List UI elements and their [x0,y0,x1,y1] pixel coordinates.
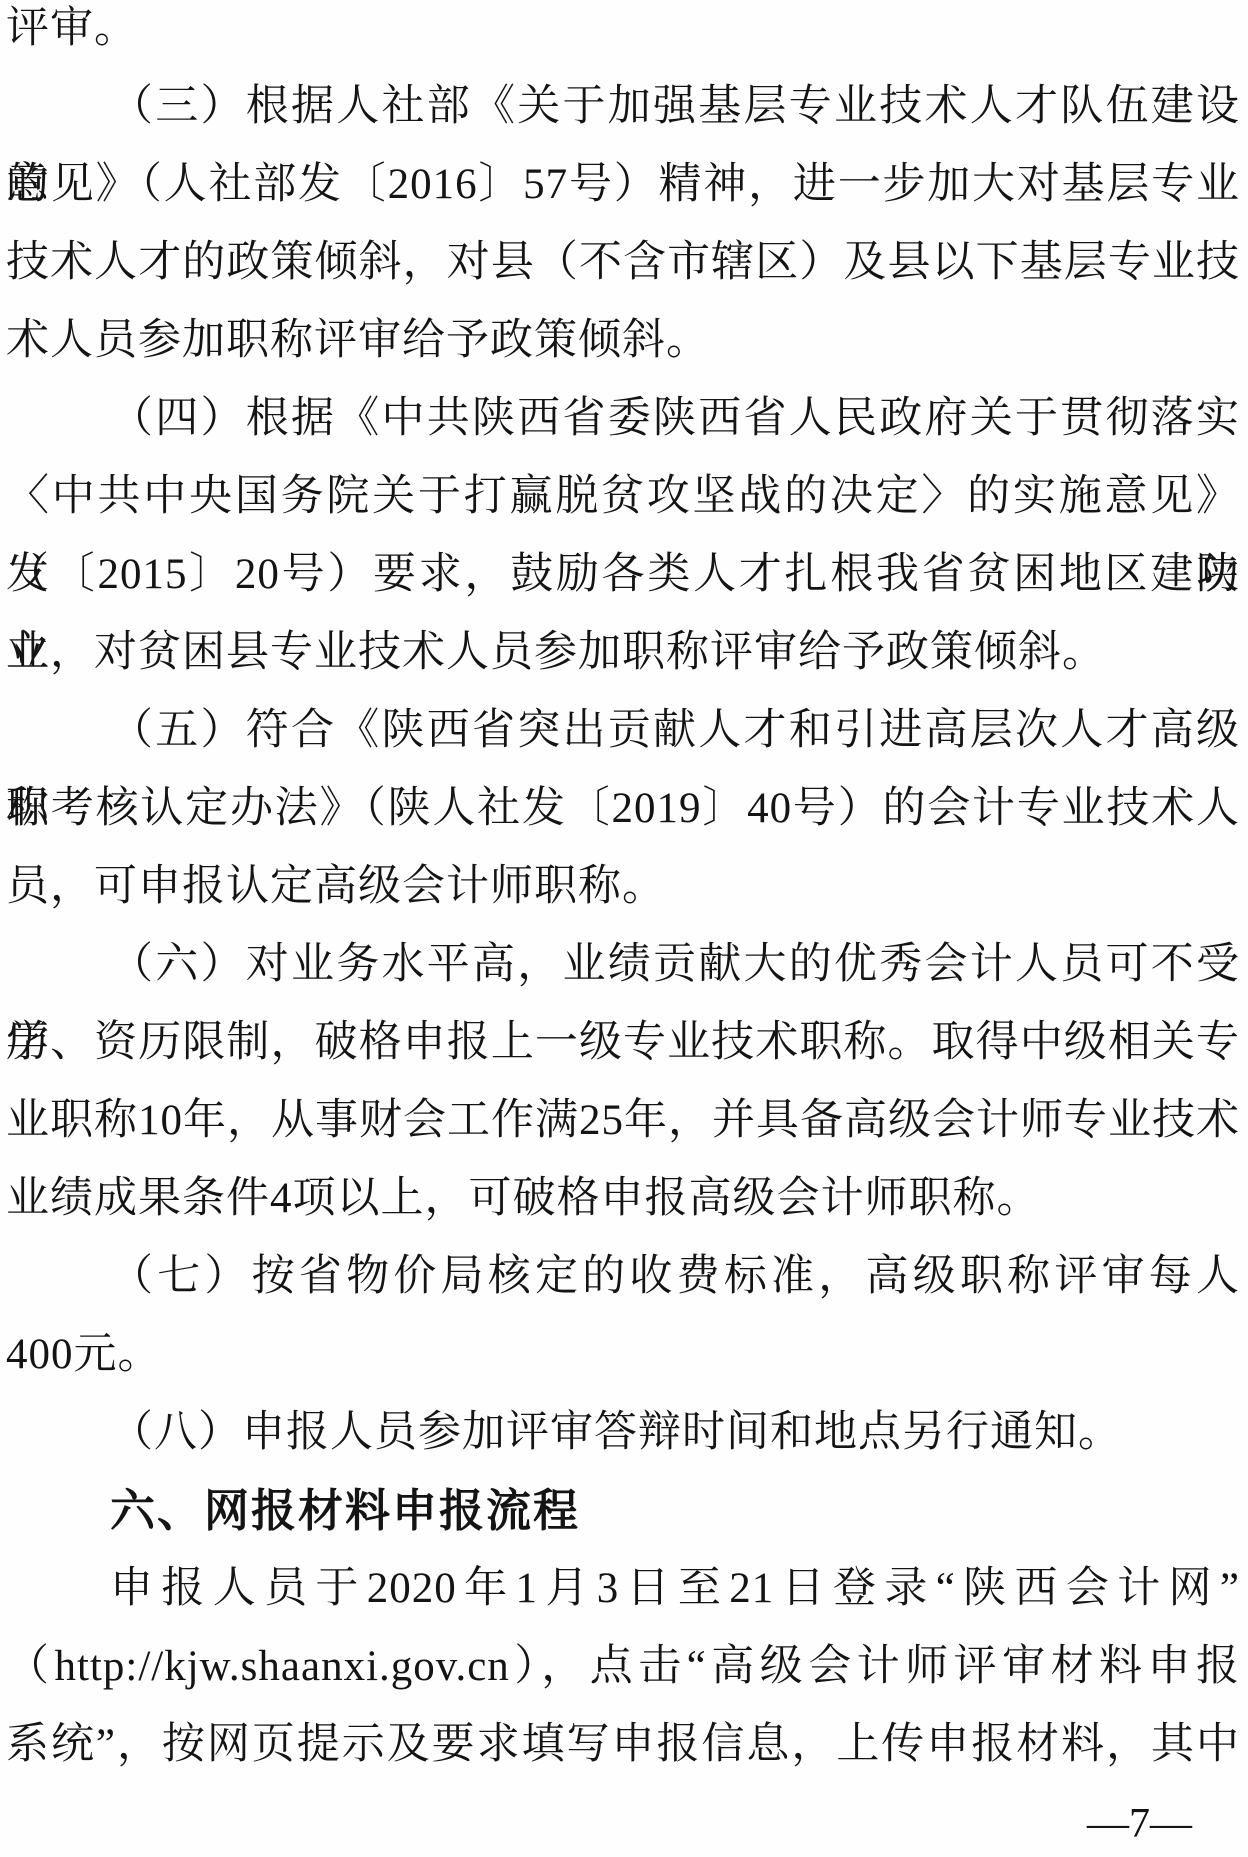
paragraph-line: （五）符合《陕西省突出贡献人才和引进高层次人才高级职 [6,692,1240,770]
paragraph-line: （三）根据人社部《关于加强基层专业技术人才队伍建设的 [6,68,1240,146]
paragraph-line: 称考核认定办法》（陕人社发〔2019〕40号）的会计专业技术人 [6,770,1240,848]
paragraph-line: （八）申报人员参加评审答辩时间和地点另行通知。 [6,1394,1240,1472]
document-page: 评审。 （三）根据人社部《关于加强基层专业技术人才队伍建设的 意见》（人社部发〔… [0,0,1248,1857]
paragraph-line: 技术人才的政策倾斜，对县（不含市辖区）及县以下基层专业技 [6,224,1240,302]
paragraph-line: 申报人员于2020年1月3日至21日登录“陕西会计网” [6,1550,1240,1628]
paragraph-line: 业，对贫困县专业技术人员参加职称评审给予政策倾斜。 [6,614,1240,692]
paragraph-line: 400元。 [6,1316,1240,1394]
paragraph-line: （http://kjw.shaanxi.gov.cn），点击“高级会计师评审材料… [6,1628,1240,1706]
paragraph-line: 术人员参加职称评审给予政策倾斜。 [6,302,1240,380]
paragraph-line: （六）对业务水平高，业绩贡献大的优秀会计人员可不受学 [6,926,1240,1004]
paragraph-line: 系统”，按网页提示及要求填写申报信息，上传申报材料，其中 [6,1706,1240,1784]
paragraph-line: 业绩成果条件4项以上，可破格申报高级会计师职称。 [6,1160,1240,1238]
paragraph-line: 发〔2015〕20号）要求，鼓励各类人才扎根我省贫困地区建功立 [6,536,1240,614]
paragraph-line: 历、资历限制，破格申报上一级专业技术职称。取得中级相关专 [6,1004,1240,1082]
paragraph-line: 业职称10年，从事财会工作满25年，并具备高级会计师专业技术 [6,1082,1240,1160]
paragraph-line: 评审。 [6,0,1240,68]
paragraph-line: 〈中共中央国务院关于打赢脱贫攻坚战的决定〉的实施意见》（陕 [6,458,1240,536]
document-body: 评审。 （三）根据人社部《关于加强基层专业技术人才队伍建设的 意见》（人社部发〔… [6,0,1240,1784]
page-number: —7— [1087,1800,1192,1848]
paragraph-line: 意见》（人社部发〔2016〕57号）精神，进一步加大对基层专业 [6,146,1240,224]
section-heading: 六、网报材料申报流程 [6,1472,1240,1550]
paragraph-line: （四）根据《中共陕西省委陕西省人民政府关于贯彻落实 [6,380,1240,458]
paragraph-line: （七）按省物价局核定的收费标准，高级职称评审每人 [6,1238,1240,1316]
paragraph-line: 员，可申报认定高级会计师职称。 [6,848,1240,926]
